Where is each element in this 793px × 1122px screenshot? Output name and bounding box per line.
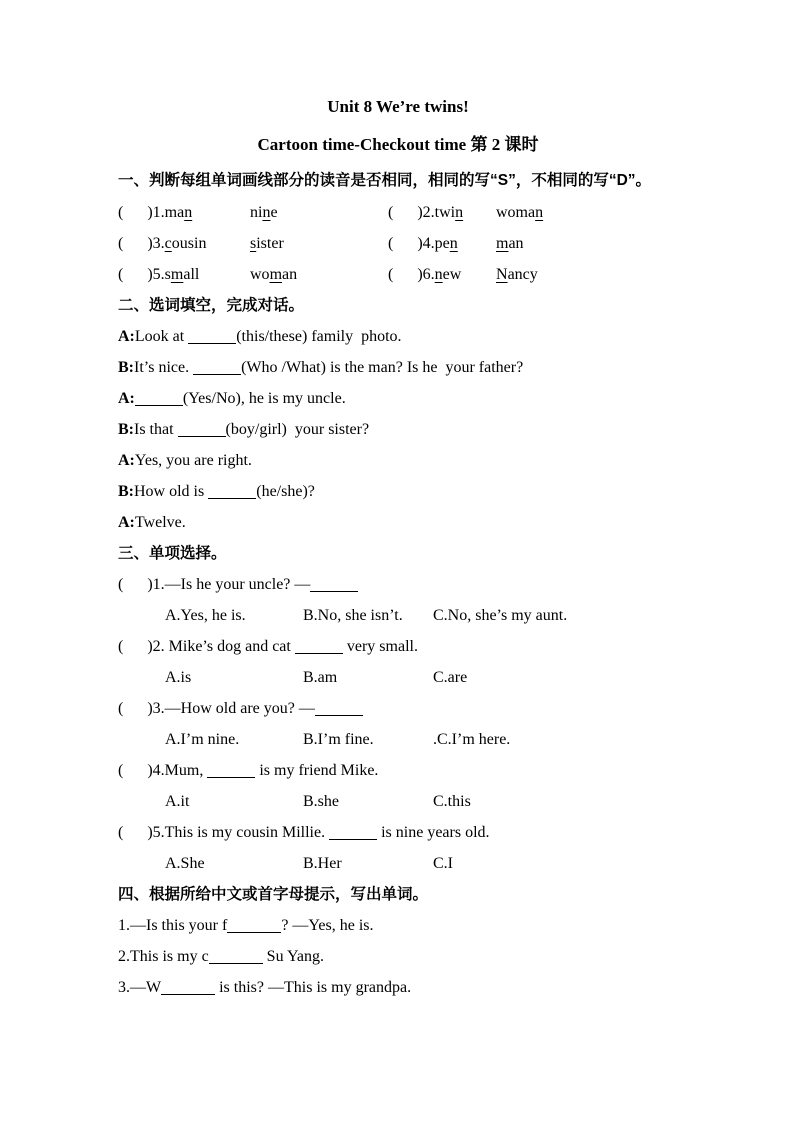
word-item: 3.—W is this? —This is my grandpa. [118, 972, 678, 1003]
underlined-letter: N [496, 266, 508, 283]
pair-num: ( )4. [388, 235, 435, 252]
pair-word-2: sister [250, 228, 284, 259]
underlined-letter: n [535, 204, 543, 221]
mcq-options: A.isB.amC.are [118, 662, 678, 693]
option-b: B.No, she isn’t. [303, 600, 433, 631]
dialog-line: A:(Yes/No), he is my uncle. [118, 383, 678, 414]
option-c: C.this [433, 786, 471, 817]
dialog-line: A:Look at (this/these) family photo. [118, 321, 678, 352]
pair-row: ( )1.mannine ( )2.twinwoman [118, 197, 678, 228]
word-item: 1.—Is this your f? —Yes, he is. [118, 910, 678, 941]
dialog-line: A:Yes, you are right. [118, 445, 678, 476]
pair-word-1: cousin [165, 228, 207, 259]
pair-num: ( )3. [118, 235, 165, 252]
pair-item-5: ( )5.smallwoman [118, 259, 388, 290]
fill-blank [295, 639, 343, 654]
fill-blank [227, 918, 281, 933]
option-c: C.are [433, 662, 467, 693]
pair-item-3: ( )3.cousinsister [118, 228, 388, 259]
speaker-label: A: [118, 328, 135, 345]
pair-item-2: ( )2.twinwoman [388, 197, 543, 228]
fill-blank [329, 825, 377, 840]
pair-word-1: small [165, 259, 200, 290]
pair-num: ( )6. [388, 266, 435, 283]
pair-item-4: ( )4.penman [388, 228, 524, 259]
page-subtitle: Cartoon time-Checkout time 第 2 课时 [118, 126, 678, 164]
fill-blank [310, 577, 358, 592]
fill-blank [135, 391, 183, 406]
section-1-heading: 一、判断每组单词画线部分的读音是否相同，相同的写“S”，不相同的写“D”。 [118, 164, 678, 197]
worksheet-content: Unit 8 We’re twins! Cartoon time-Checkou… [118, 88, 678, 1003]
pair-word-1: twin [435, 197, 463, 228]
option-c: C.I [433, 848, 453, 879]
fill-blank [209, 949, 263, 964]
speaker-label: B: [118, 483, 134, 500]
word-item: 2.This is my c Su Yang. [118, 941, 678, 972]
pair-num: ( )5. [118, 266, 165, 283]
option-c: C.No, she’s my aunt. [433, 600, 567, 631]
section-2-heading: 二、选词填空，完成对话。 [118, 290, 678, 321]
speaker-label: A: [118, 514, 135, 531]
section-4-heading: 四、根据所给中文或首字母提示，写出单词。 [118, 879, 678, 910]
pair-item-1: ( )1.mannine [118, 197, 388, 228]
speaker-label: A: [118, 390, 135, 407]
underlined-letter: n [450, 235, 458, 252]
option-a: A.is [165, 662, 303, 693]
mcq-options: A.SheB.HerC.I [118, 848, 678, 879]
pair-word-2: Nancy [496, 259, 538, 290]
option-c: .C.I’m here. [433, 724, 510, 755]
pair-num: ( )1. [118, 204, 165, 221]
underlined-letter: c [165, 235, 172, 252]
underlined-letter: m [496, 235, 508, 252]
underlined-letter: m [171, 266, 183, 283]
mcq-stem: ( )3.—How old are you? — [118, 693, 678, 724]
option-b: B.she [303, 786, 433, 817]
option-a: A.Yes, he is. [165, 600, 303, 631]
mcq-options: A.itB.sheC.this [118, 786, 678, 817]
dialog-line: B:Is that (boy/girl) your sister? [118, 414, 678, 445]
pair-row: ( )3.cousinsister ( )4.penman [118, 228, 678, 259]
underlined-letter: n [455, 204, 463, 221]
dialog-line: B:It’s nice. (Who /What) is the man? Is … [118, 352, 678, 383]
underlined-letter: n [435, 266, 443, 283]
mcq-options: A.Yes, he is.B.No, she isn’t.C.No, she’s… [118, 600, 678, 631]
option-b: B.am [303, 662, 433, 693]
mcq-stem: ( )4.Mum, is my friend Mike. [118, 755, 678, 786]
mcq-stem: ( )2. Mike’s dog and cat very small. [118, 631, 678, 662]
fill-blank [208, 484, 256, 499]
pair-row: ( )5.smallwoman ( )6.newNancy [118, 259, 678, 290]
dialog-line: B:How old is (he/she)? [118, 476, 678, 507]
pair-num: ( )2. [388, 204, 435, 221]
pair-word-1: pen [435, 228, 458, 259]
underlined-letter: n [184, 204, 192, 221]
speaker-label: B: [118, 359, 134, 376]
option-a: A.I’m nine. [165, 724, 303, 755]
speaker-label: A: [118, 452, 135, 469]
page-title: Unit 8 We’re twins! [118, 88, 678, 126]
pair-word-2: woman [496, 197, 543, 228]
option-a: A.She [165, 848, 303, 879]
pair-word-2: woman [250, 259, 297, 290]
pair-item-6: ( )6.newNancy [388, 259, 538, 290]
fill-blank [315, 701, 363, 716]
pair-word-1: new [435, 259, 462, 290]
option-a: A.it [165, 786, 303, 817]
worksheet-page: Unit 8 We’re twins! Cartoon time-Checkou… [0, 0, 793, 1122]
section-3-heading: 三、单项选择。 [118, 538, 678, 569]
speaker-label: B: [118, 421, 134, 438]
option-b: B.Her [303, 848, 433, 879]
mcq-options: A.I’m nine.B.I’m fine..C.I’m here. [118, 724, 678, 755]
mcq-stem: ( )1.—Is he your uncle? — [118, 569, 678, 600]
pair-word-2: man [496, 228, 524, 259]
mcq-stem: ( )5.This is my cousin Millie. is nine y… [118, 817, 678, 848]
fill-blank [178, 422, 226, 437]
pair-word-1: man [165, 197, 193, 228]
fill-blank [193, 360, 241, 375]
fill-blank [207, 763, 255, 778]
dialog-line: A:Twelve. [118, 507, 678, 538]
fill-blank [188, 329, 236, 344]
pair-word-2: nine [250, 197, 278, 228]
fill-blank [161, 980, 215, 995]
underlined-letter: m [270, 266, 282, 283]
option-b: B.I’m fine. [303, 724, 433, 755]
